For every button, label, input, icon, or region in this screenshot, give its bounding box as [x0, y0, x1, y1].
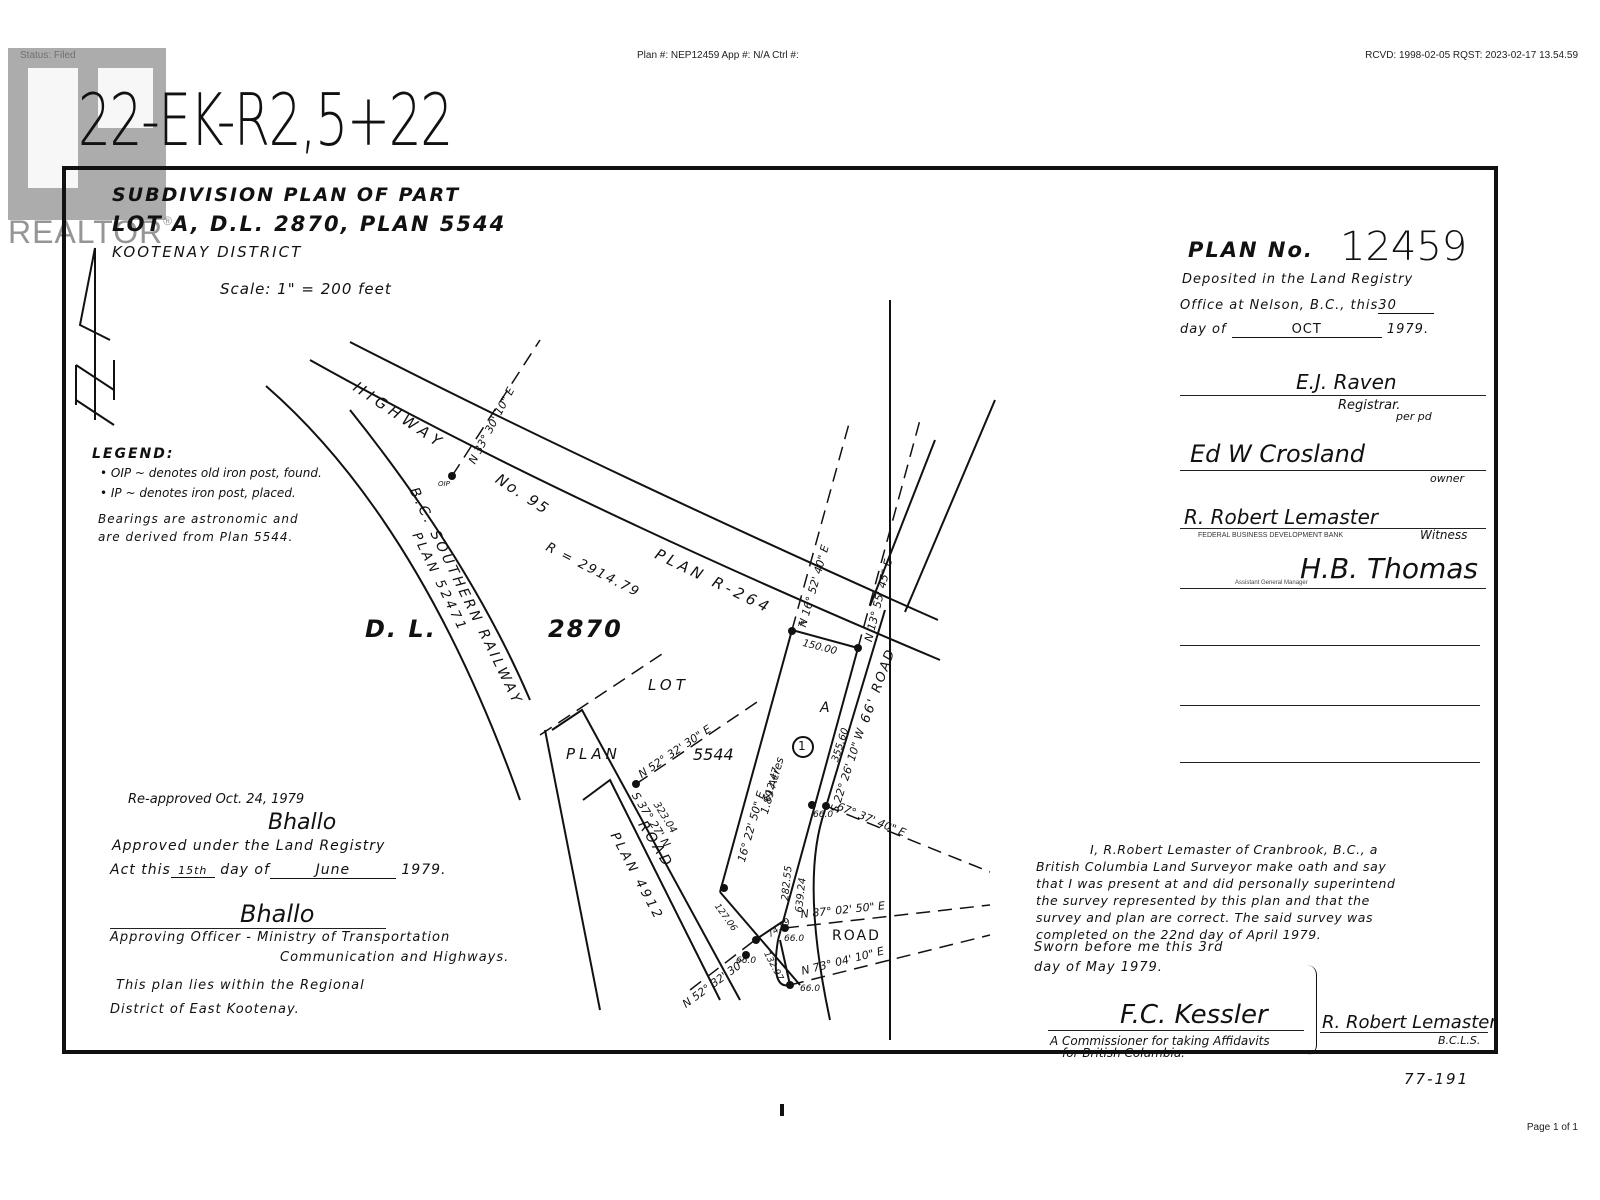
- map-dl-number: 2870: [548, 615, 623, 643]
- map-lot-number: 1: [798, 739, 806, 753]
- map-road-label-c: ROAD: [832, 928, 881, 944]
- commissioner-signature: F.C. Kessler: [1120, 1000, 1268, 1030]
- map-dist-66b: 66.0: [784, 934, 804, 944]
- registry-plan-label: PLAN No.: [1188, 238, 1314, 262]
- map-dist-66d: 66.0: [800, 984, 820, 994]
- approved-line2: Act this15th day ofJune 1979.: [110, 862, 446, 879]
- affidavit-line: that I was present at and did personally…: [1036, 876, 1396, 891]
- map-oip-marker: OIP: [438, 480, 450, 488]
- page-indicator: Page 1 of 1: [1527, 1122, 1578, 1133]
- approving-officer-line: [110, 928, 386, 929]
- bank-stamp-line1: FEDERAL BUSINESS DEVELOPMENT BANK: [1198, 532, 1343, 539]
- page-mark: [780, 1104, 784, 1116]
- approving-officer-signature: Bhallo: [240, 900, 314, 928]
- legend-heading: LEGEND:: [92, 446, 174, 462]
- affidavit-line: I, R.Robert Lemaster of Cranbrook, B.C.,…: [1090, 842, 1378, 857]
- surveyor-title: B.C.L.S.: [1438, 1034, 1480, 1047]
- legend-item-oip: • OIP ~ denotes old iron post, found.: [100, 466, 322, 480]
- registry-deposited-line3: day of OCT 1979.: [1180, 322, 1429, 338]
- approved-line1: Approved under the Land Registry: [112, 838, 385, 854]
- map-dist-66c: 66.0: [736, 956, 756, 966]
- blank-signature-line: [1180, 762, 1480, 763]
- bank-stamp-signature: H.B. Thomas: [1300, 552, 1478, 585]
- map-lot-label: LOT: [648, 676, 689, 694]
- map-plan-5544-b: 5544: [693, 745, 734, 764]
- regional-line2: District of East Kootenay.: [110, 1002, 300, 1017]
- registry-deposited-line2: Office at Nelson, B.C., this30: [1180, 298, 1434, 314]
- legend-item-ip: • IP ~ denotes iron post, placed.: [100, 486, 296, 500]
- reference-number: 77-191: [1404, 1070, 1469, 1088]
- affidavit-line: survey and plan are correct. The said su…: [1036, 910, 1373, 925]
- surveyor-line: [1320, 1032, 1488, 1033]
- affidavit-brace: [1306, 965, 1317, 1055]
- registrar-sub: per pd: [1396, 410, 1432, 423]
- blank-signature-line: [1180, 705, 1480, 706]
- blank-signature-line: [1180, 645, 1480, 646]
- owner-signature: Ed W Crosland: [1190, 440, 1365, 468]
- map-plan-5544-a: PLAN: [566, 745, 621, 763]
- owner-label: owner: [1430, 472, 1464, 485]
- owner-signature-line: [1180, 470, 1486, 471]
- registrar-signature-line: [1180, 395, 1486, 396]
- registrar-label: Registrar.: [1338, 398, 1400, 413]
- registry-plan-number: 12459: [1340, 224, 1467, 270]
- bank-stamp-line2: Assistant General Manager: [1235, 580, 1308, 586]
- reapproved-text: Re-approved Oct. 24, 1979: [128, 792, 304, 807]
- affidavit-line: British Columbia Land Surveyor make oath…: [1036, 859, 1386, 874]
- witness-signature: R. Robert Lemaster: [1184, 505, 1378, 529]
- map-dl-label: D. L.: [365, 615, 437, 643]
- officer-line1: Approving Officer - Ministry of Transpor…: [110, 930, 450, 945]
- map-dist-66a: 66.0: [813, 810, 833, 820]
- registry-deposited-line1: Deposited in the Land Registry: [1182, 272, 1413, 287]
- officer-line2: Communication and Highways.: [280, 950, 509, 965]
- registrar-signature: E.J. Raven: [1296, 370, 1397, 394]
- surveyor-signature: R. Robert Lemaster: [1322, 1012, 1497, 1033]
- legend-note-2: are derived from Plan 5544.: [98, 530, 293, 544]
- reapproval-signature: Bhallo: [268, 810, 336, 835]
- commissioner-line: [1048, 1030, 1304, 1031]
- regional-line1: This plan lies within the Regional: [116, 978, 365, 993]
- map-lot-a-label: A: [820, 700, 830, 716]
- sworn-line2: day of May 1979.: [1034, 960, 1163, 975]
- legend-note-1: Bearings are astronomic and: [98, 512, 299, 526]
- commissioner-line2: for British Columbia.: [1062, 1046, 1185, 1060]
- sworn-line1: Sworn before me this 3rd: [1034, 940, 1223, 955]
- witness-label: Witness: [1420, 528, 1467, 542]
- map-ip-marker: IP: [798, 620, 804, 628]
- affidavit-line: the survey represented by this plan and …: [1036, 893, 1370, 908]
